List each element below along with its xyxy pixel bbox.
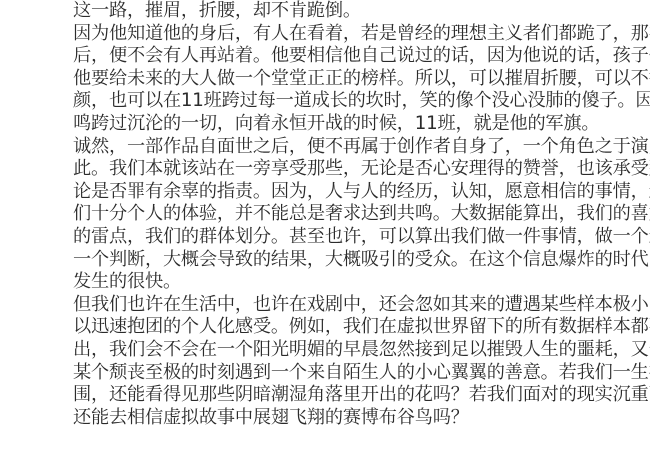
text-line: 鸣跨过沉沦的一切，向着永恒开战的时候，11班，就是他的军旗。: [73, 113, 645, 136]
text-line: 后，便不会有人再站着。他要相信他自己说过的话，因为他说的话，孩子们会信，: [73, 45, 645, 68]
text-line: 这一路，摧眉，折腰，却不肯跪倒。: [73, 0, 645, 23]
text-line: 发生的很快。: [73, 271, 645, 294]
text-line: 以迅速抱团的个人化感受。例如，我们在虚拟世界留下的所有数据样本都不会算: [73, 316, 645, 339]
text-line: 们十分个人的体验，并不能总是奢求达到共鸣。大数据能算出，我们的喜好，我们: [73, 203, 645, 226]
text-line: 颜，也可以在11班跨过每一道成长的坎时，笑的像个没心没肺的傻子。因为，当雷: [73, 90, 645, 113]
text-line: 还能去相信虚拟故事中展翅飞翔的赛博布谷鸟吗？: [73, 407, 645, 430]
article-body: 这一路，摧眉，折腰，却不肯跪倒。 因为他知道他的身后，有人在看着，若是曾经的理想…: [73, 0, 645, 429]
text-line: 诚然，一部作品自面世之后，便不再属于创作者自身了，一个角色之于演员也是如: [73, 136, 645, 159]
text-line: 因为他知道他的身后，有人在看着，若是曾经的理想主义者们都跪了，那在他的身: [73, 23, 645, 46]
text-line: 围，还能看得见那些阴暗潮湿角落里开出的花吗？若我们面对的现实沉重而无解，: [73, 384, 645, 407]
text-line: 出，我们会不会在一个阳光明媚的早晨忽然接到足以摧毁人生的噩耗，又会不会在: [73, 339, 645, 362]
text-line: 他要给未来的大人做一个堂堂正正的榜样。所以，可以摧眉折腰，可以不得开心: [73, 68, 645, 91]
text-line: 此。我们本就该站在一旁享受那些，无论是否心安理得的赞誉，也该承受那些，无: [73, 158, 645, 181]
text-line: 论是否罪有余辜的指责。因为，人与人的经历，认知，愿意相信的事情，这都是我: [73, 181, 645, 204]
text-line: 某个颓丧至极的时刻遇到一个来自陌生人的小心翼翼的善意。若我们一生被好运包: [73, 362, 645, 385]
text-line: 但我们也许在生活中，也许在戏剧中，还会忽如其来的遭遇某些样本极小以至于难: [73, 294, 645, 317]
text-line: 一个判断，大概会导致的结果，大概吸引的受众。在这个信息爆炸的时代，一切都: [73, 249, 645, 272]
text-line: 的雷点，我们的群体划分。甚至也许，可以算出我们做一件事情，做一个选择，做: [73, 226, 645, 249]
